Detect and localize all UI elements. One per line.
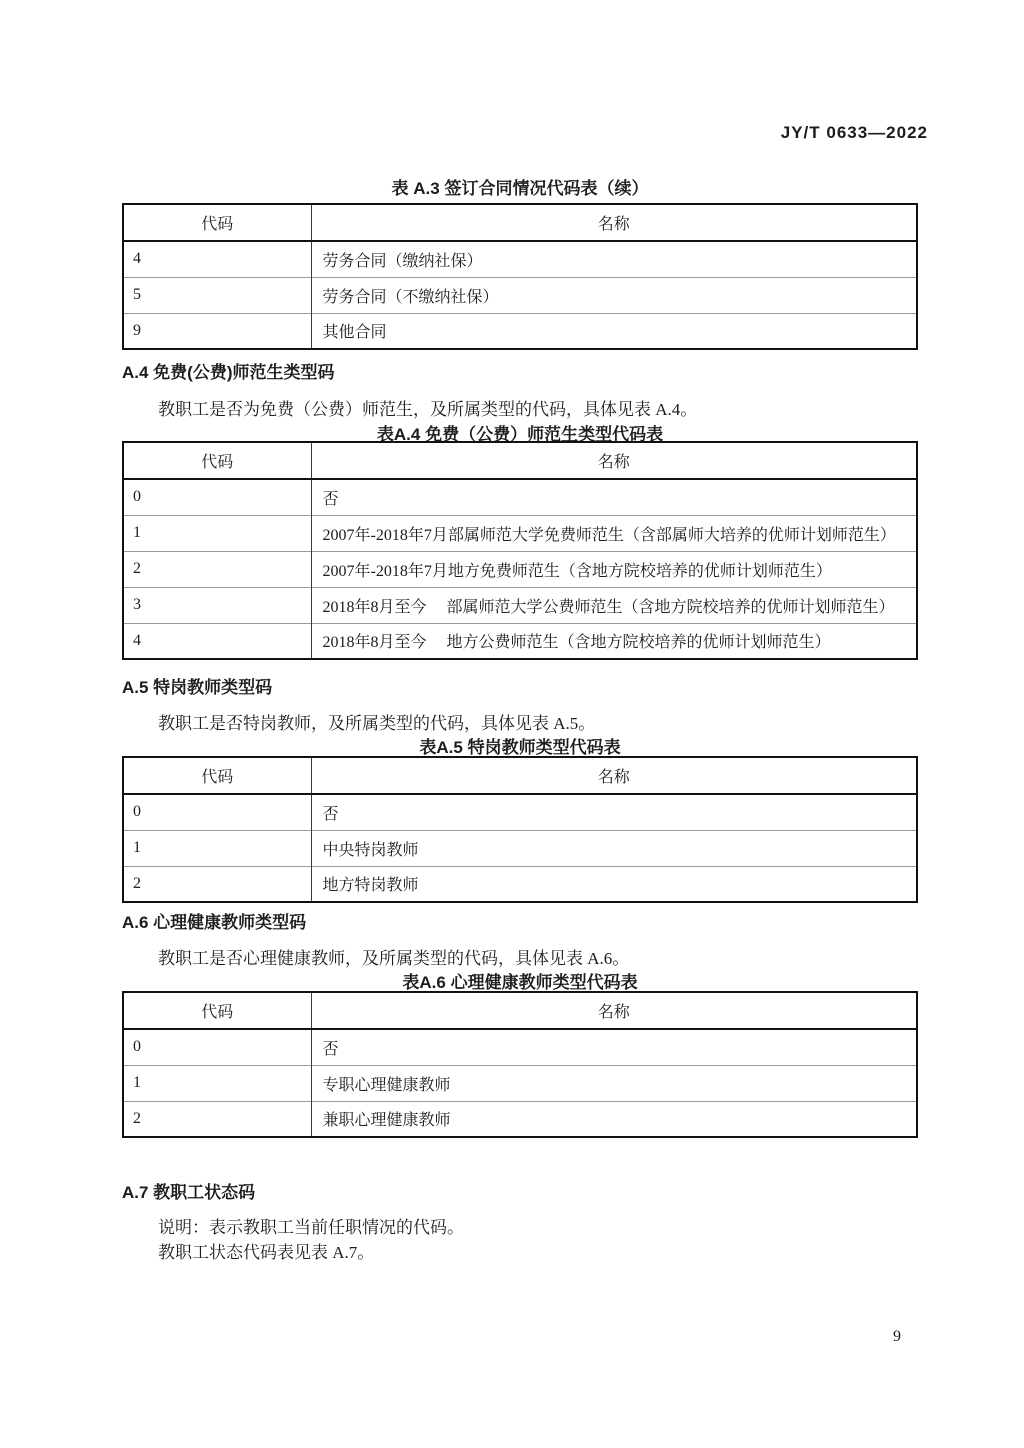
code-cell: 3 bbox=[123, 587, 311, 623]
table-a5-title: 表A.5 特岗教师类型代码表 bbox=[122, 733, 918, 758]
column-header-code: 代码 bbox=[123, 992, 311, 1029]
standard-number: JY/T 0633—2022 bbox=[781, 123, 928, 143]
table-row: 0 否 bbox=[123, 794, 917, 830]
table-a4: 代码 名称 0 否 1 2007年-2018年7月部属师范大学免费师范生（含部属… bbox=[122, 441, 918, 660]
code-cell: 0 bbox=[123, 794, 311, 830]
table-row: 0 否 bbox=[123, 1029, 917, 1065]
name-cell: 其他合同 bbox=[311, 313, 917, 349]
column-header-code: 代码 bbox=[123, 442, 311, 479]
table-row: 4 劳务合同（缴纳社保） bbox=[123, 241, 917, 277]
code-cell: 4 bbox=[123, 623, 311, 659]
code-cell: 0 bbox=[123, 479, 311, 515]
code-cell: 1 bbox=[123, 1065, 311, 1101]
table-header-row: 代码 名称 bbox=[123, 992, 917, 1029]
code-cell: 5 bbox=[123, 277, 311, 313]
table-row: 2 兼职心理健康教师 bbox=[123, 1101, 917, 1137]
page-number: 9 bbox=[893, 1328, 901, 1346]
table-a3-title: 表 A.3 签订合同情况代码表（续） bbox=[122, 174, 918, 199]
table-a5: 代码 名称 0 否 1 中央特岗教师 2 地方特岗教师 bbox=[122, 756, 918, 903]
name-cell: 劳务合同（缴纳社保） bbox=[311, 241, 917, 277]
name-cell: 2007年-2018年7月部属师范大学免费师范生（含部属师大培养的优师计划师范生… bbox=[311, 515, 917, 551]
table-a6: 代码 名称 0 否 1 专职心理健康教师 2 兼职心理健康教师 bbox=[122, 991, 918, 1138]
table-a6-title: 表A.6 心理健康教师类型代码表 bbox=[122, 968, 918, 993]
name-cell: 否 bbox=[311, 1029, 917, 1065]
code-cell: 2 bbox=[123, 551, 311, 587]
table-row: 2 2007年-2018年7月地方免费师范生（含地方院校培养的优师计划师范生） bbox=[123, 551, 917, 587]
column-header-code: 代码 bbox=[123, 204, 311, 241]
section-a4-heading: A.4 免费(公费)师范生类型码 bbox=[122, 358, 335, 383]
table-row: 3 2018年8月至今 部属师范大学公费师范生（含地方院校培养的优师计划师范生） bbox=[123, 587, 917, 623]
table-row: 9 其他合同 bbox=[123, 313, 917, 349]
name-cell: 中央特岗教师 bbox=[311, 830, 917, 866]
section-a5-paragraph: 教职工是否特岗教师，及所属类型的代码，具体见表 A.5。 bbox=[158, 709, 595, 734]
column-header-name: 名称 bbox=[311, 757, 917, 794]
table-header-row: 代码 名称 bbox=[123, 204, 917, 241]
section-a7-line1: 说明：表示教职工当前任职情况的代码。 bbox=[158, 1213, 464, 1238]
name-cell: 否 bbox=[311, 794, 917, 830]
table-row: 5 劳务合同（不缴纳社保） bbox=[123, 277, 917, 313]
document-page: JY/T 0633—2022 表 A.3 签订合同情况代码表（续） 代码 名称 … bbox=[0, 0, 1024, 1448]
section-a5-heading: A.5 特岗教师类型码 bbox=[122, 673, 272, 698]
code-cell: 1 bbox=[123, 830, 311, 866]
section-a6-paragraph: 教职工是否心理健康教师，及所属类型的代码，具体见表 A.6。 bbox=[158, 944, 629, 969]
column-header-name: 名称 bbox=[311, 442, 917, 479]
column-header-code: 代码 bbox=[123, 757, 311, 794]
table-row: 4 2018年8月至今 地方公费师范生（含地方院校培养的优师计划师范生） bbox=[123, 623, 917, 659]
name-cell: 2018年8月至今 地方公费师范生（含地方院校培养的优师计划师范生） bbox=[311, 623, 917, 659]
code-cell: 2 bbox=[123, 866, 311, 902]
section-a7-heading: A.7 教职工状态码 bbox=[122, 1178, 255, 1203]
code-cell: 0 bbox=[123, 1029, 311, 1065]
table-row: 0 否 bbox=[123, 479, 917, 515]
table-a3: 代码 名称 4 劳务合同（缴纳社保） 5 劳务合同（不缴纳社保） 9 其他合同 bbox=[122, 203, 918, 350]
table-header-row: 代码 名称 bbox=[123, 757, 917, 794]
name-cell: 否 bbox=[311, 479, 917, 515]
name-cell: 2007年-2018年7月地方免费师范生（含地方院校培养的优师计划师范生） bbox=[311, 551, 917, 587]
name-cell: 专职心理健康教师 bbox=[311, 1065, 917, 1101]
section-a6-heading: A.6 心理健康教师类型码 bbox=[122, 908, 306, 933]
code-cell: 4 bbox=[123, 241, 311, 277]
section-a7-line2: 教职工状态代码表见表 A.7。 bbox=[158, 1238, 374, 1263]
code-cell: 1 bbox=[123, 515, 311, 551]
table-row: 2 地方特岗教师 bbox=[123, 866, 917, 902]
table-header-row: 代码 名称 bbox=[123, 442, 917, 479]
column-header-name: 名称 bbox=[311, 204, 917, 241]
table-row: 1 中央特岗教师 bbox=[123, 830, 917, 866]
table-row: 1 专职心理健康教师 bbox=[123, 1065, 917, 1101]
code-cell: 2 bbox=[123, 1101, 311, 1137]
name-cell: 兼职心理健康教师 bbox=[311, 1101, 917, 1137]
name-cell: 2018年8月至今 部属师范大学公费师范生（含地方院校培养的优师计划师范生） bbox=[311, 587, 917, 623]
code-cell: 9 bbox=[123, 313, 311, 349]
column-header-name: 名称 bbox=[311, 992, 917, 1029]
name-cell: 劳务合同（不缴纳社保） bbox=[311, 277, 917, 313]
section-a4-paragraph: 教职工是否为免费（公费）师范生，及所属类型的代码，具体见表 A.4。 bbox=[158, 395, 697, 420]
name-cell: 地方特岗教师 bbox=[311, 866, 917, 902]
table-row: 1 2007年-2018年7月部属师范大学免费师范生（含部属师大培养的优师计划师… bbox=[123, 515, 917, 551]
